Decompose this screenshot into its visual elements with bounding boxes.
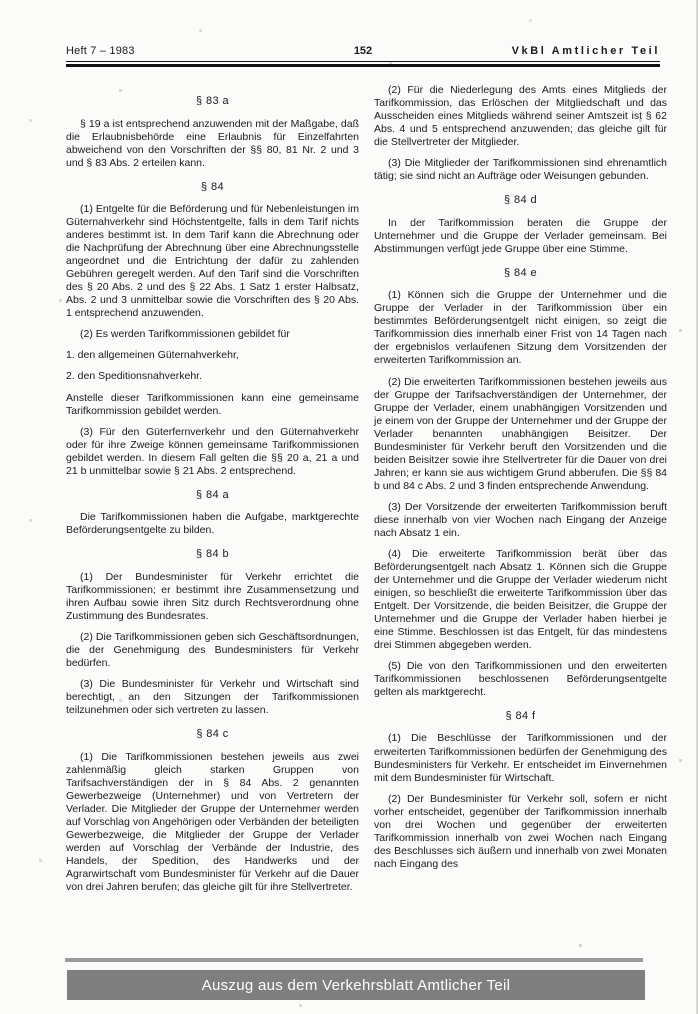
paragraph: (2) Die erweiterten Tarifkommissionen be… bbox=[374, 376, 667, 493]
header-issue-label: Heft 7 – 1983 bbox=[66, 45, 264, 58]
paragraph: (2) Für die Niederlegung des Amts eines … bbox=[374, 84, 667, 149]
paragraph: Anstelle dieser Tarifkommissionen kann e… bbox=[66, 392, 359, 418]
section-heading: § 84 d bbox=[374, 194, 667, 208]
text-columns: § 83 a§ 19 a ist entsprechend anzuwenden… bbox=[66, 84, 667, 962]
paragraph: (5) Die von den Tarifkommissionen und de… bbox=[374, 660, 667, 699]
page-header: Heft 7 – 1983 152 VkBl Amtlicher Teil bbox=[66, 45, 660, 67]
header-row: Heft 7 – 1983 152 VkBl Amtlicher Teil bbox=[66, 45, 660, 58]
paragraph: (3) Die Bundesminister für Verkehr und W… bbox=[66, 678, 359, 717]
paragraph: (3) Der Vorsitzende der erweiterten Tari… bbox=[374, 501, 667, 540]
paragraph: 1. den allgemeinen Güternahverkehr, bbox=[66, 349, 359, 362]
paragraph: (1) Können sich die Gruppe der Unternehm… bbox=[374, 289, 667, 367]
paragraph: § 19 a ist entsprechend anzuwenden mit d… bbox=[66, 118, 359, 170]
footer-banner: Auszug aus dem Verkehrsblatt Amtlicher T… bbox=[67, 970, 645, 1000]
section-heading: § 84 a bbox=[66, 489, 359, 503]
paragraph: (2) Der Bundesminister für Verkehr soll,… bbox=[374, 793, 667, 871]
scan-noise bbox=[0, 0, 1, 1]
header-journal-title: VkBl Amtlicher Teil bbox=[462, 45, 660, 58]
section-heading: § 84 b bbox=[66, 548, 359, 562]
paragraph: (1) Der Bundesminister für Verkehr erric… bbox=[66, 571, 359, 623]
section-heading: § 84 f bbox=[374, 710, 667, 724]
paragraph: (3) Die Mitglieder der Tarifkommissionen… bbox=[374, 157, 667, 183]
section-heading: § 83 a bbox=[66, 95, 359, 109]
right-column: (2) Für die Niederlegung des Amts eines … bbox=[374, 84, 667, 962]
document-page: Heft 7 – 1983 152 VkBl Amtlicher Teil § … bbox=[0, 0, 700, 1014]
section-heading: § 84 c bbox=[66, 728, 359, 742]
paragraph: (1) Entgelte für die Beförderung und für… bbox=[66, 203, 359, 320]
left-column: § 83 a§ 19 a ist entsprechend anzuwenden… bbox=[66, 84, 359, 962]
header-rule-thin bbox=[66, 61, 660, 62]
paragraph: (4) Die erweiterte Tarifkommission berät… bbox=[374, 548, 667, 652]
paragraph: (2) Die Tarifkommissionen geben sich Ges… bbox=[66, 631, 359, 670]
scan-edge-line bbox=[696, 0, 698, 1014]
paragraph: (1) Die Tarifkommissionen bestehen jewei… bbox=[66, 751, 359, 894]
paragraph: Die Tarifkommissionen haben die Aufgabe,… bbox=[66, 511, 359, 537]
paragraph: 2. den Speditionsnahverkehr. bbox=[66, 370, 359, 383]
page-number: 152 bbox=[264, 45, 462, 58]
paragraph: In der Tarifkommission beraten die Grupp… bbox=[374, 217, 667, 256]
section-heading: § 84 e bbox=[374, 267, 667, 281]
paragraph: (1) Die Beschlüsse der Tarifkommissionen… bbox=[374, 732, 667, 784]
paragraph: (2) Es werden Tarifkommissionen gebildet… bbox=[66, 328, 359, 341]
paragraph: (3) Für den Güterfernverkehr und den Güt… bbox=[66, 426, 359, 478]
section-heading: § 84 bbox=[66, 181, 359, 195]
footer-banner-text: Auszug aus dem Verkehrsblatt Amtlicher T… bbox=[202, 977, 511, 994]
footer-separator-rule bbox=[65, 958, 643, 962]
header-rule-thick bbox=[66, 64, 660, 67]
